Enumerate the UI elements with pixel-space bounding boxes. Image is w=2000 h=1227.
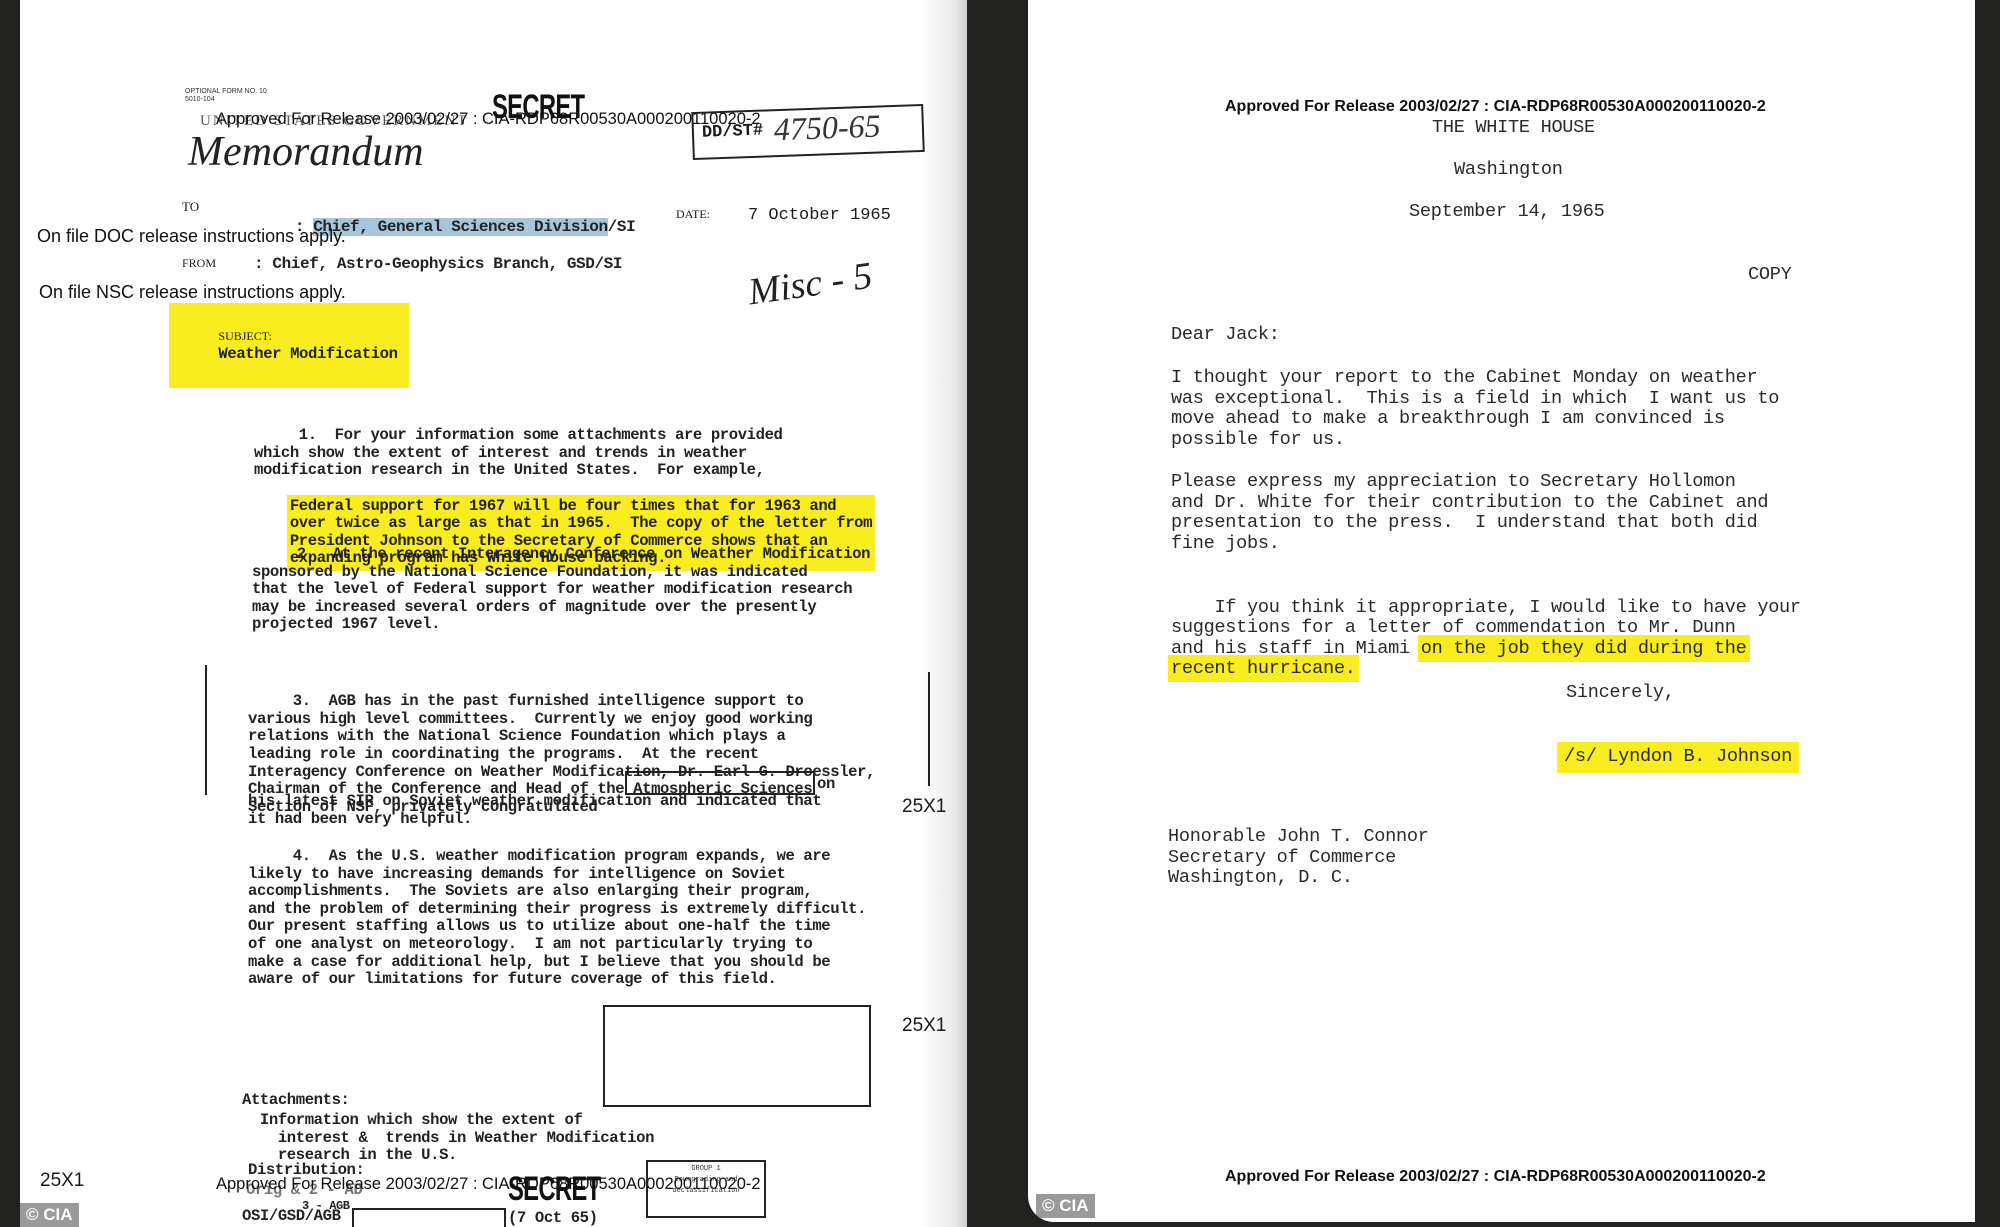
- to-value: Chief, General Sciences Division: [313, 218, 607, 236]
- to-suffix: /SI: [608, 218, 636, 236]
- attachments-text: Information which show the extent of int…: [242, 1112, 654, 1165]
- from-value: : Chief, Astro-Geophysics Branch, GSD/SI: [254, 256, 622, 274]
- to-label: TO: [182, 199, 199, 215]
- subject-line: SUBJECT: Weather Modification: [172, 306, 406, 385]
- memo-release-header: Approved For Release 2003/02/27 : CIA-RD…: [216, 110, 761, 129]
- margin-bar-right: [928, 672, 930, 786]
- from-label: FROM: [182, 256, 216, 271]
- nsc-release-note: On file NSC release instructions apply.: [39, 282, 346, 303]
- letter-release-footer: Approved For Release 2003/02/27 : CIA-RD…: [1225, 1168, 1766, 1186]
- letter-paragraph-2: Please express my appreciation to Secret…: [1171, 472, 1768, 554]
- paragraph-2: 2. At the recent Interagency Conference …: [252, 546, 870, 634]
- paragraph-3-end: his latest SIR on Soviet weather modific…: [248, 793, 821, 828]
- doc-stamp-prefix: DD/ST#: [702, 122, 764, 143]
- doc-stamp-number: 4750-65: [773, 107, 881, 148]
- doc-stamp: DD/ST# 4750-65: [691, 104, 925, 160]
- date-label: DATE:: [676, 207, 710, 222]
- classification-bottom: SECRET: [508, 1170, 600, 1209]
- form-number: OPTIONAL FORM NO. 10 5010-104: [185, 88, 267, 104]
- salutation: Dear Jack:: [1171, 325, 1280, 346]
- letter-date: September 14, 1965: [1409, 202, 1604, 223]
- subject-label: SUBJECT:: [218, 329, 271, 343]
- letter-page: Approved For Release 2003/02/27 : CIA-RD…: [1028, 0, 1975, 1222]
- copy-mark: COPY: [1748, 265, 1791, 286]
- signature: /s/ Lyndon B. Johnson: [1560, 745, 1796, 770]
- redaction-box-originator: [352, 1208, 506, 1227]
- recipient-block: Honorable John T. Connor Secretary of Co…: [1168, 827, 1429, 889]
- closing: Sincerely,: [1566, 683, 1675, 704]
- redaction-code-3: 25X1: [40, 1170, 84, 1192]
- classification-top: SECRET: [492, 88, 584, 127]
- letter-highlight-2: recent hurricane.: [1171, 658, 1356, 679]
- letterhead: THE WHITE HOUSE: [1432, 118, 1595, 139]
- group-stamp: GROUP 1 Downgrading and declassification: [646, 1160, 766, 1218]
- subject-value: Weather Modification: [218, 345, 397, 363]
- attachments-label: Attachments:: [242, 1092, 350, 1110]
- date-value: 7 October 1965: [748, 206, 891, 225]
- originator-date: (7 Oct 65): [508, 1210, 598, 1227]
- redaction-code-2: 25X1: [902, 1015, 946, 1037]
- memo-title: Memorandum: [188, 128, 424, 176]
- credit-badge: © CIA: [1036, 1194, 1095, 1218]
- letter-highlight-1: on the job they did during the: [1421, 638, 1747, 659]
- handwritten-note: Misc - 5: [746, 254, 875, 315]
- paragraph-4: 4. As the U.S. weather modification prog…: [248, 848, 866, 989]
- letter-paragraph-1: I thought your report to the Cabinet Mon…: [1171, 368, 1779, 450]
- doc-release-note: On file DOC release instructions apply.: [37, 226, 346, 247]
- letter-release-header: Approved For Release 2003/02/27 : CIA-RD…: [1225, 98, 1766, 116]
- credit-badge: © CIA: [20, 1203, 79, 1227]
- redaction-code-1: 25X1: [902, 796, 946, 818]
- margin-bar-left: [205, 665, 207, 795]
- originator: OSI/GSD/AGB: [242, 1208, 341, 1226]
- letter-city: Washington: [1454, 160, 1563, 181]
- paragraph-3-on: on: [817, 776, 835, 794]
- letter-paragraph-3: If you think it appropriate, I would lik…: [1171, 577, 1801, 701]
- memo-page: OPTIONAL FORM NO. 10 5010-104 UNITED STA…: [20, 0, 967, 1227]
- redaction-box-signature: [603, 1005, 871, 1107]
